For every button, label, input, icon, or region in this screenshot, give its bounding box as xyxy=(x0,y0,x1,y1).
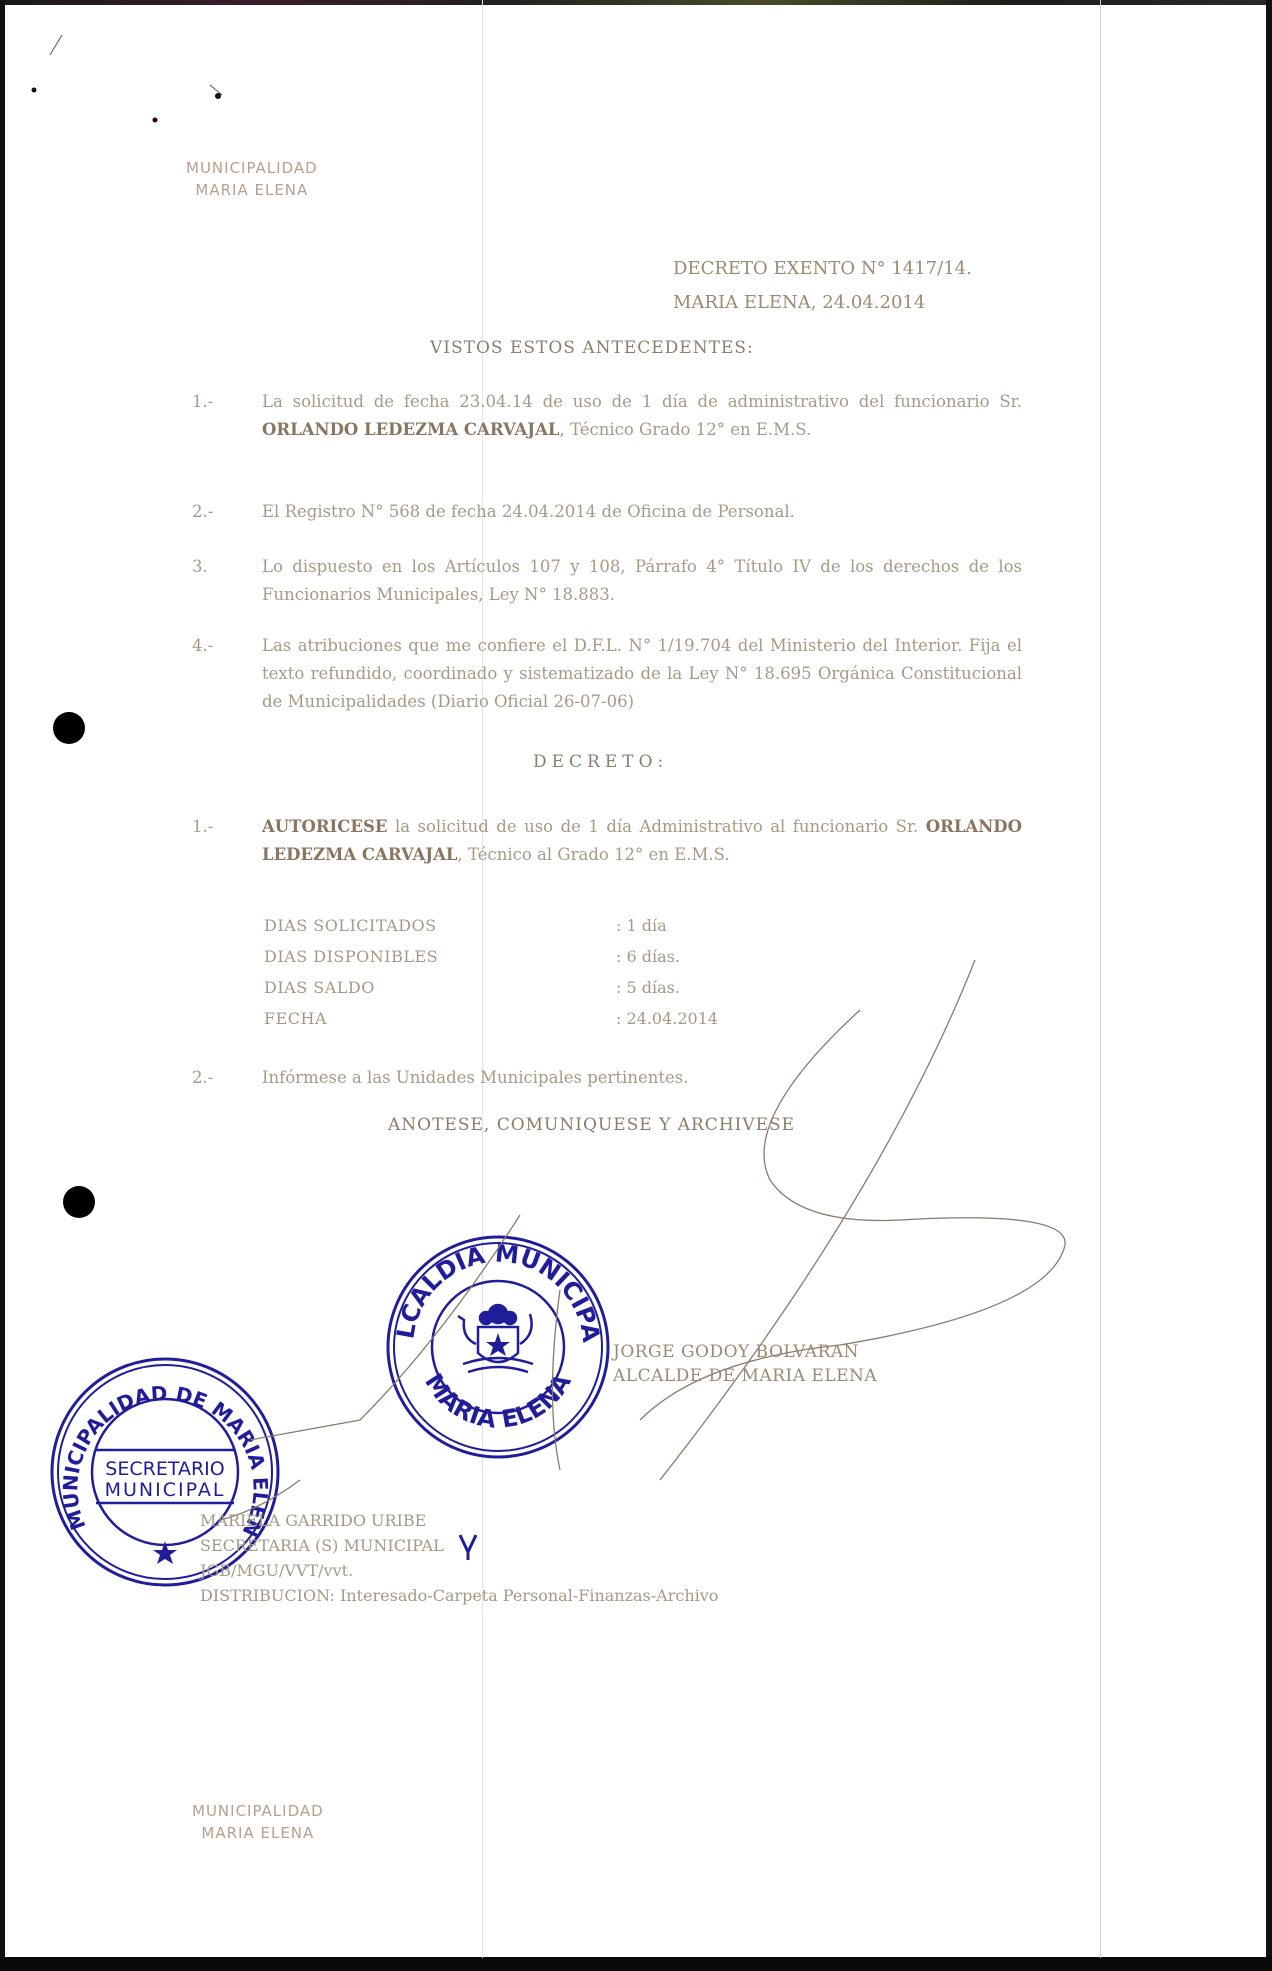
days-row: DIAS DISPONIBLES: 6 días. xyxy=(264,941,756,972)
reference-initials: JGB/MGU/VVT/vvt. xyxy=(200,1558,718,1583)
secretary-name: MARIELA GARRIDO URIBE xyxy=(200,1508,718,1533)
scan-edge-top xyxy=(0,0,1272,5)
vistos-item: 1.- La solicitud de fecha 23.04.14 de us… xyxy=(192,388,1022,444)
item-number: 2.- xyxy=(192,1064,232,1092)
vistos-item: 4.- Las atribuciones que me confiere el … xyxy=(192,632,1022,716)
mayor-signature-block: JORGE GODOY BOLVARAN ALCALDE DE MARIA EL… xyxy=(613,1340,877,1388)
item-number: 4.- xyxy=(192,632,232,660)
letterhead-line1: MUNICIPALIDAD xyxy=(192,1800,324,1822)
letterhead-line1: MUNICIPALIDAD xyxy=(186,157,318,179)
vistos-item: 2.- El Registro N° 568 de fecha 24.04.20… xyxy=(192,498,1022,526)
stamp-center-line2: MUNICIPAL xyxy=(105,1479,226,1501)
secretary-title: SECRETARIA (S) MUNICIPAL xyxy=(200,1533,718,1558)
item-text: La solicitud de fecha 23.04.14 de uso de… xyxy=(262,388,1022,444)
coat-of-arms-icon xyxy=(458,1305,533,1372)
distribution-list: DISTRIBUCION: Interesado-Carpeta Persona… xyxy=(200,1583,718,1608)
scan-edge-right xyxy=(1266,0,1272,1971)
stamp-center-line1: SECRETARIO xyxy=(105,1458,224,1480)
decree-number: DECRETO EXENTO N° 1417/14. xyxy=(673,252,972,286)
employee-name: ORLANDO LEDEZMA CARVAJAL xyxy=(262,420,560,439)
item-text: El Registro N° 568 de fecha 24.04.2014 d… xyxy=(262,498,1022,526)
mayor-name: JORGE GODOY BOLVARAN xyxy=(613,1340,877,1364)
letterhead: MUNICIPALIDAD MARIA ELENA xyxy=(186,157,318,201)
secretary-signature-block: MARIELA GARRIDO URIBE SECRETARIA (S) MUN… xyxy=(200,1508,718,1608)
alcaldia-stamp: ALCALDIA MUNICIPAL MARIA ELENA xyxy=(383,1232,613,1462)
mayor-title: ALCALDE DE MARIA ELENA xyxy=(613,1364,877,1388)
vistos-item: 3. Lo dispuesto en los Artículos 107 y 1… xyxy=(192,553,1022,609)
item-number: 2.- xyxy=(192,498,232,526)
decree-header: DECRETO EXENTO N° 1417/14. MARIA ELENA, … xyxy=(673,252,972,320)
closing-formula: ANOTESE, COMUNIQUESE Y ARCHIVESE xyxy=(388,1115,795,1135)
item-number: 3. xyxy=(192,553,232,581)
days-table: DIAS SOLICITADOS: 1 día DIAS DISPONIBLES… xyxy=(264,910,756,1034)
days-row: DIAS SALDO: 5 días. xyxy=(264,972,756,1003)
scan-edge-bottom xyxy=(0,1957,1272,1971)
punch-hole xyxy=(63,1186,95,1218)
days-row: FECHA: 24.04.2014 xyxy=(264,1003,756,1034)
stamp-bottom-text: MARIA ELENA xyxy=(419,1369,577,1434)
item-text: Lo dispuesto en los Artículos 107 y 108,… xyxy=(262,553,1022,609)
item-text: Las atribuciones que me confiere el D.F.… xyxy=(262,632,1022,716)
punch-hole xyxy=(53,712,85,744)
letterhead-footer: MUNICIPALIDAD MARIA ELENA xyxy=(192,1800,324,1844)
days-row: DIAS SOLICITADOS: 1 día xyxy=(264,910,756,941)
decree-place-date: MARIA ELENA, 24.04.2014 xyxy=(673,286,972,320)
paper-fold-line xyxy=(1100,0,1101,1958)
decreto-item: 1.- AUTORICESE la solicitud de uso de 1 … xyxy=(192,813,1022,869)
item-text: AUTORICESE la solicitud de uso de 1 día … xyxy=(262,813,1022,869)
scan-edge-left xyxy=(0,0,5,1971)
item-number: 1.- xyxy=(192,388,232,416)
vistos-title: VISTOS ESTOS ANTECEDENTES: xyxy=(430,338,754,358)
decreto-title: DECRETO: xyxy=(533,752,668,772)
item-text: Infórmese a las Unidades Municipales per… xyxy=(262,1064,1022,1092)
letterhead-line2: MARIA ELENA xyxy=(186,179,318,201)
letterhead-line2: MARIA ELENA xyxy=(192,1822,324,1844)
decreto-item: 2.- Infórmese a las Unidades Municipales… xyxy=(192,1064,1022,1092)
item-number: 1.- xyxy=(192,813,232,841)
